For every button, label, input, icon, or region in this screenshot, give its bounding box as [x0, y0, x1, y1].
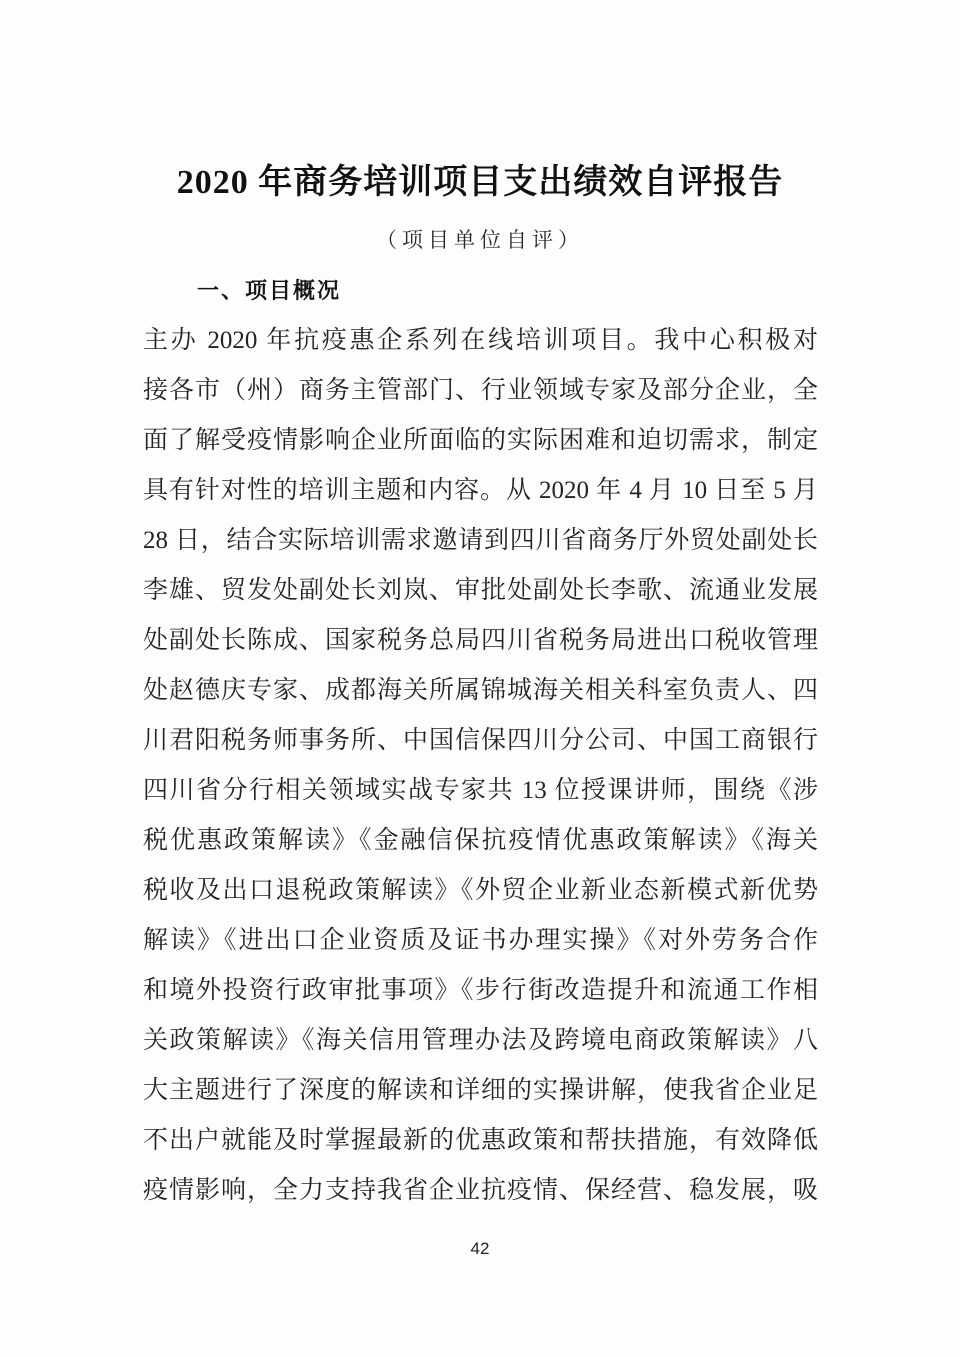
body-line: 疫情影响，全力支持我省企业抗疫情、保经营、稳发展，吸	[143, 1166, 818, 1216]
page-number: 42	[0, 1236, 960, 1262]
body-line: 川君阳税务师事务所、中国信保四川分公司、中国工商银行	[143, 716, 818, 766]
body-line: 李雄、贸发处副处长刘岚、审批处副处长李歌、流通业发展	[143, 566, 818, 616]
body-line: 税优惠政策解读》《金融信保抗疫情优惠政策解读》《海关	[143, 816, 818, 866]
body-line: 关政策解读》《海关信用管理办法及跨境电商政策解读》八	[143, 1016, 818, 1066]
body-paragraph: 主办 2020 年抗疫惠企系列在线培训项目。我中心积极对接各市（州）商务主管部门…	[143, 316, 818, 1216]
body-line: 接各市（州）商务主管部门、行业领域专家及部分企业，全	[143, 366, 818, 416]
body-line: 处赵德庆专家、成都海关所属锦城海关相关科室负责人、四	[143, 666, 818, 716]
body-line: 28 日，结合实际培训需求邀请到四川省商务厅外贸处副处长	[143, 516, 818, 566]
body-line: 税收及出口退税政策解读》《外贸企业新业态新模式新优势	[143, 866, 818, 916]
body-line: 和境外投资行政审批事项》《步行街改造提升和流通工作相	[143, 966, 818, 1016]
body-line: 具有针对性的培训主题和内容。从 2020 年 4 月 10 日至 5 月	[143, 466, 818, 516]
document-page: 2020 年商务培训项目支出绩效自评报告 （项目单位自评） 一、项目概况 主办 …	[0, 0, 960, 1357]
body-line: 不出户就能及时掌握最新的优惠政策和帮扶措施，有效降低	[143, 1116, 818, 1166]
body-line: 四川省分行相关领域实战专家共 13 位授课讲师，围绕《涉	[143, 766, 818, 816]
body-line: 主办 2020 年抗疫惠企系列在线培训项目。我中心积极对	[143, 316, 818, 366]
document-title: 2020 年商务培训项目支出绩效自评报告	[0, 160, 960, 206]
body-line: 面了解受疫情影响企业所面临的实际困难和迫切需求，制定	[143, 416, 818, 466]
body-line: 大主题进行了深度的解读和详细的实操讲解，使我省企业足	[143, 1066, 818, 1116]
section-heading: 一、项目概况	[197, 276, 341, 306]
body-line: 处副处长陈成、国家税务总局四川省税务局进出口税收管理	[143, 616, 818, 666]
body-line: 解读》《进出口企业资质及证书办理实操》《对外劳务合作	[143, 916, 818, 966]
document-subtitle: （项目单位自评）	[0, 224, 960, 256]
